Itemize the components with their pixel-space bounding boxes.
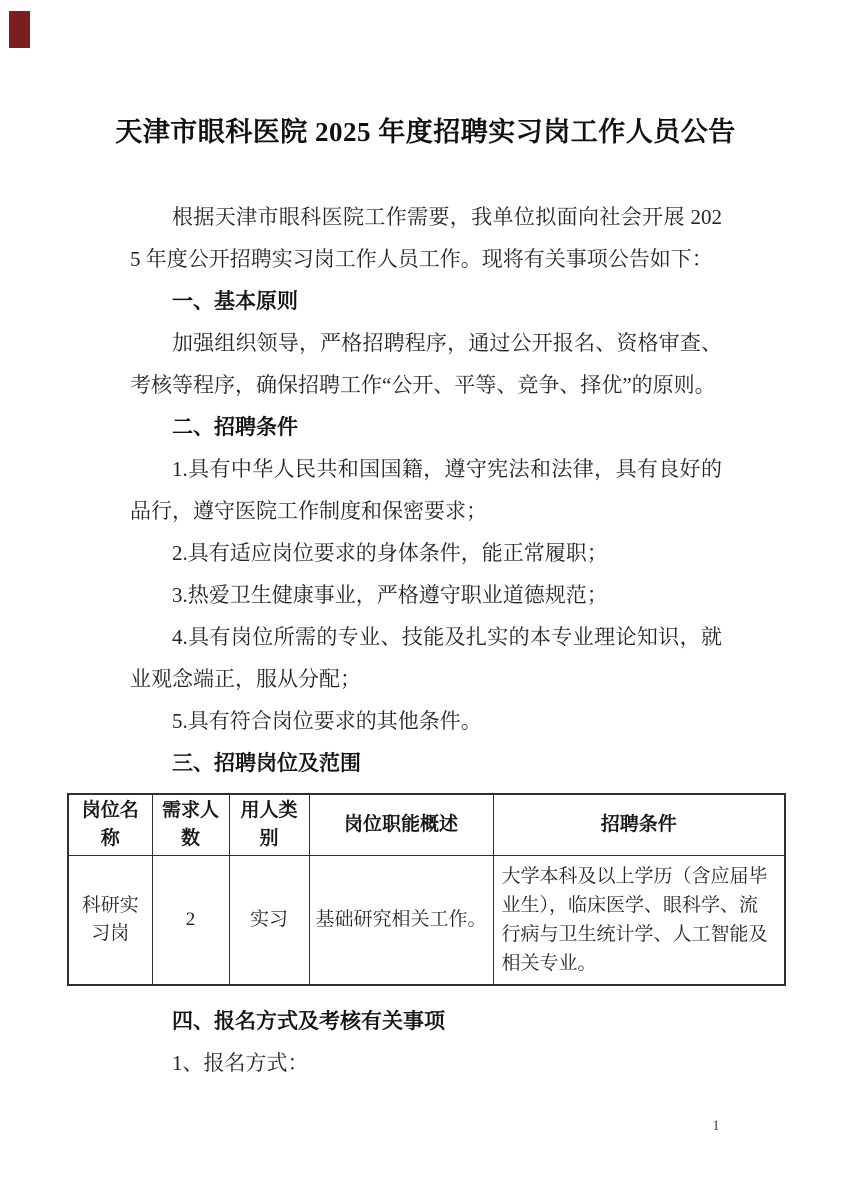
application-section: 四、报名方式及考核有关事项 1、报名方式： [67,1000,784,1084]
section-heading-basic-principles: 一、基本原则 [67,280,784,322]
table-header-requirements: 招聘条件 [493,794,785,856]
corner-stamp-mark [9,11,30,48]
section-heading-recruitment-conditions: 二、招聘条件 [67,406,784,448]
application-item-1: 1、报名方式： [67,1042,784,1084]
document-body: 天津市眼科医院 2025 年度招聘实习岗工作人员公告 根据天津市眼科医院工作需要… [67,0,784,1084]
document-page: 天津市眼科医院 2025 年度招聘实习岗工作人员公告 根据天津市眼科医院工作需要… [0,0,848,1200]
document-text-flow: 根据天津市眼科医院工作需要，我单位拟面向社会开展 2025 年度公开招聘实习岗工… [67,196,784,1084]
table-cell-requirements: 大学本科及以上学历（含应届毕业生），临床医学、眼科学、流行病与卫生统计学、人工智… [493,856,785,986]
table-header-employment-type: 用人类别 [229,794,309,856]
table-header-headcount: 需求人数 [152,794,229,856]
section-heading-positions: 三、招聘岗位及范围 [67,742,784,784]
condition-item-1: 1.具有中华人民共和国国籍，遵守宪法和法律，具有良好的品行，遵守医院工作制度和保… [67,448,784,532]
paragraph-basic-principles: 加强组织领导，严格招聘程序，通过公开报名、资格审查、考核等程序，确保招聘工作“公… [67,322,784,406]
table-cell-headcount: 2 [152,856,229,986]
table-cell-job-description: 基础研究相关工作。 [309,856,493,986]
condition-item-5: 5.具有符合岗位要求的其他条件。 [67,700,784,742]
section-heading-application: 四、报名方式及考核有关事项 [67,1000,784,1042]
page-number: 1 [704,1118,728,1135]
positions-table-row: 科研实习岗 2 实习 基础研究相关工作。 大学本科及以上学历（含应届毕业生），临… [68,856,785,986]
table-cell-position-name: 科研实习岗 [68,856,152,986]
positions-table: 岗位名称 需求人数 用人类别 岗位职能概述 招聘条件 科研实习岗 2 实习 基础… [67,793,786,986]
document-title: 天津市眼科医院 2025 年度招聘实习岗工作人员公告 [67,112,784,152]
condition-item-4: 4.具有岗位所需的专业、技能及扎实的本专业理论知识，就业观念端正，服从分配； [67,616,784,700]
table-header-job-description: 岗位职能概述 [309,794,493,856]
condition-item-3: 3.热爱卫生健康事业，严格遵守职业道德规范； [67,574,784,616]
intro-paragraph: 根据天津市眼科医院工作需要，我单位拟面向社会开展 2025 年度公开招聘实习岗工… [67,196,784,280]
positions-table-header-row: 岗位名称 需求人数 用人类别 岗位职能概述 招聘条件 [68,794,785,856]
table-header-position-name: 岗位名称 [68,794,152,856]
condition-item-2: 2.具有适应岗位要求的身体条件，能正常履职； [67,532,784,574]
table-cell-employment-type: 实习 [229,856,309,986]
